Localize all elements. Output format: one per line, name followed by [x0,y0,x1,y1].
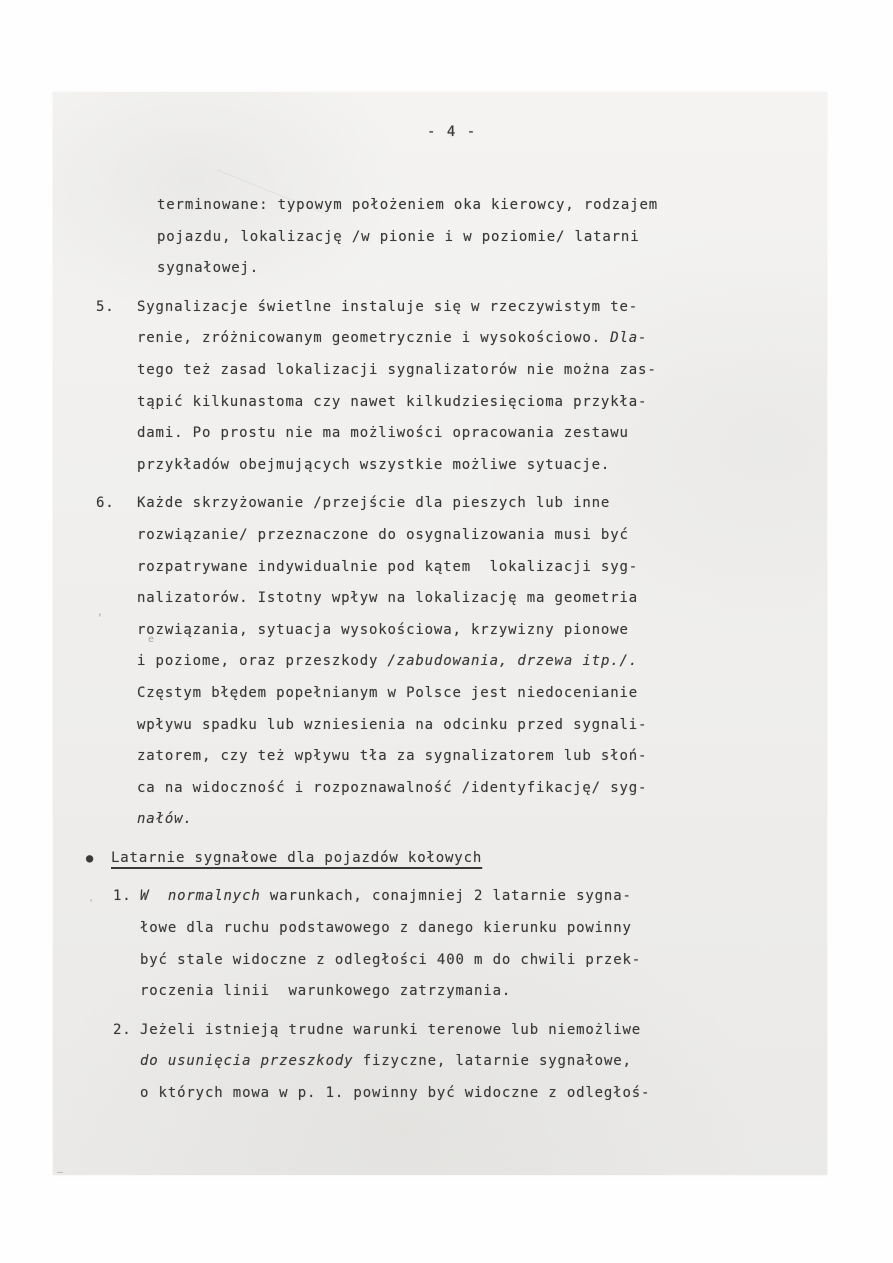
italic-text-segment: Dla- [610,330,647,346]
text-line: dami. Po prostu nie ma możliwości opraco… [137,418,827,450]
item-marker: 6. [96,488,115,520]
text-segment: tego też zasad lokalizacji sygnalizatoró… [137,362,657,378]
scan-speck: , [97,608,103,618]
text-segment: rozpatrywane indywidualnie pod kątem lok… [137,559,638,575]
text-segment: nalizatorów. Istotny wpływ na lokalizacj… [137,590,638,606]
text-line: Każde skrzyżowanie /przejście dla pieszy… [137,488,827,520]
scanned-page: - 4 - terminowane: typowym położeniem ok… [53,92,827,1175]
text-line: Latarnie sygnałowe dla pojazdów kołowych [111,843,827,875]
item-marker: 2. [113,1015,132,1047]
text-line: tąpić kilkunastoma czy nawet kilkudziesi… [137,387,827,419]
text-segment: warunkach, conajmniej 2 latarnie sygna- [261,888,632,904]
text-block: 2.Jeżeli istnieją trudne warunki terenow… [140,1015,827,1110]
text-segment: być stale widoczne z odległości 400 m do… [140,952,641,968]
text-segment: wpływu spadku lub wzniesienia na odcinku… [137,717,647,733]
text-line: roczenia linii warunkowego zatrzymania. [140,976,827,1008]
text-segment: terminowane: typowym położeniem oka kier… [157,197,658,213]
text-line: nałów. [137,804,827,836]
text-segment: i poziome, oraz przeszkody [137,653,388,669]
italic-text-segment: W normalnych [140,888,261,904]
text-line: rozwiązania, sytuacja wysokościowa, krzy… [137,615,827,647]
text-segment: renie, zróżnicowanym geometrycznie i wys… [137,330,610,346]
text-segment: przykładów obejmujących wszystkie możliw… [137,457,610,473]
text-line: ca na widoczność i rozpoznawalność /iden… [137,773,827,805]
text-line: Częstym błędem popełnianym w Polsce jest… [137,678,827,710]
text-segment: Każde skrzyżowanie /przejście dla pieszy… [137,495,610,511]
scan-speck: ' [88,899,94,909]
italic-text-segment: do usunięcia przeszkody [140,1053,353,1069]
text-segment: Jeżeli istnieją trudne warunki terenowe … [140,1022,641,1038]
text-block: 1.W normalnych warunkach, conajmniej 2 l… [140,881,827,1007]
scan-background: - 4 - terminowane: typowym położeniem ok… [0,0,893,1263]
text-segment: Częstym błędem popełnianym w Polsce jest… [137,685,638,701]
text-segment: tąpić kilkunastoma czy nawet kilkudziesi… [137,394,647,410]
text-block: 6.Każde skrzyżowanie /przejście dla pies… [137,488,827,836]
text-line: W normalnych warunkach, conajmniej 2 lat… [140,881,827,913]
section-heading: ●Latarnie sygnałowe dla pojazdów kołowyc… [111,843,827,875]
text-segment: rozwiązania, sytuacja wysokościowa, krzy… [137,622,629,638]
text-line: sygnałowej. [157,253,827,285]
text-line: być stale widoczne z odległości 400 m do… [140,945,827,977]
text-segment: dami. Po prostu nie ma możliwości opraco… [137,425,629,441]
text-segment: o których mowa w p. 1. powinny być widoc… [140,1085,650,1101]
text-segment: Latarnie sygnałowe dla pojazdów kołowych [111,850,482,866]
text-line: terminowane: typowym położeniem oka kier… [157,190,827,222]
text-line: nalizatorów. Istotny wpływ na lokalizacj… [137,583,827,615]
text-segment: roczenia linii warunkowego zatrzymania. [140,983,511,999]
text-segment: sygnałowej. [157,260,259,276]
text-segment: ca na widoczność i rozpoznawalność /iden… [137,780,647,796]
text-line: tego też zasad lokalizacji sygnalizatoró… [137,355,827,387]
document-text: terminowane: typowym położeniem oka kier… [53,190,827,1110]
text-line: wpływu spadku lub wzniesienia na odcinku… [137,710,827,742]
text-line: rozpatrywane indywidualnie pod kątem lok… [137,552,827,584]
text-segment: Sygnalizacje świetlne instaluje się w rz… [137,299,638,315]
text-line: pojazdu, lokalizację /w pionie i w pozio… [157,222,827,254]
scan-speck: e [148,635,154,645]
text-line: Jeżeli istnieją trudne warunki terenowe … [140,1015,827,1047]
page-number: - 4 - [427,124,477,140]
text-line: do usunięcia przeszkody fizyczne, latarn… [140,1046,827,1078]
text-block: terminowane: typowym położeniem oka kier… [157,190,827,285]
italic-text-segment: nałów. [137,811,193,827]
text-line: o których mowa w p. 1. powinny być widoc… [140,1078,827,1110]
bullet-icon: ● [86,843,94,875]
text-segment: łowe dla ruchu podstawowego z danego kie… [140,920,632,936]
scan-speck: – [57,1168,63,1178]
text-block: 5.Sygnalizacje świetlne instaluje się w … [137,292,827,482]
italic-text-segment: /zabudowania, drzewa itp./. [388,653,639,669]
text-segment: pojazdu, lokalizację /w pionie i w pozio… [157,229,640,245]
text-line: i poziome, oraz przeszkody /zabudowania,… [137,646,827,678]
text-segment: rozwiązanie/ przeznaczone do osygnalizow… [137,527,629,543]
text-segment: fizyczne, latarnie sygnałowe, [353,1053,631,1069]
text-line: przykładów obejmujących wszystkie możliw… [137,450,827,482]
text-line: Sygnalizacje świetlne instaluje się w rz… [137,292,827,324]
item-marker: 5. [96,292,115,324]
item-marker: 1. [113,881,132,913]
text-line: łowe dla ruchu podstawowego z danego kie… [140,913,827,945]
text-line: zatorem, czy też wpływu tła za sygnaliza… [137,741,827,773]
text-segment: zatorem, czy też wpływu tła za sygnaliza… [137,748,647,764]
text-line: rozwiązanie/ przeznaczone do osygnalizow… [137,520,827,552]
text-line: renie, zróżnicowanym geometrycznie i wys… [137,323,827,355]
